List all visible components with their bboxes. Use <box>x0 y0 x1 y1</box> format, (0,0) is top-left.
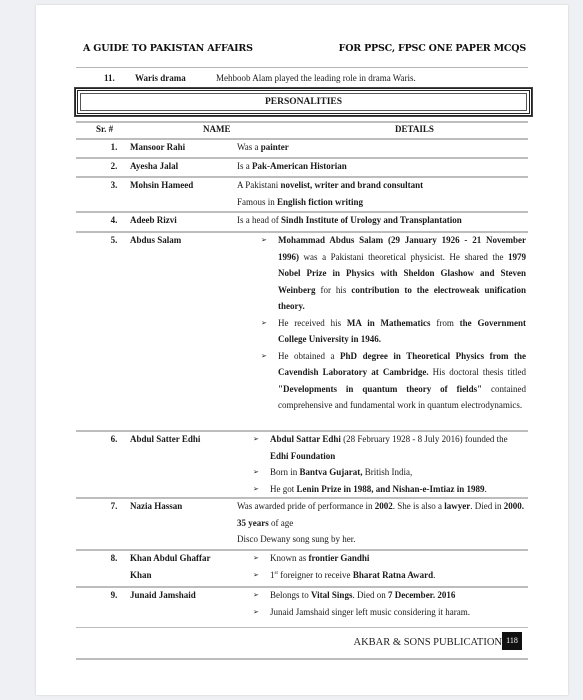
running-header-subtitle: FOR PPSC, FPSC ONE PAPER MCQS <box>339 43 526 54</box>
section-heading-box: PERSONALITIES <box>75 88 532 116</box>
publisher-name: AKBAR & SONS PUBLICATION <box>354 637 502 648</box>
row-number: 5. <box>104 232 124 249</box>
row-number: 9. <box>104 587 124 604</box>
row-number: 11. <box>104 73 115 83</box>
person-name: Ayesha Jalal <box>130 158 178 175</box>
person-name: Junaid Jamshaid <box>130 587 196 604</box>
person-name: Nazia Hassan <box>130 498 182 515</box>
person-details: A Pakistani novelist, writer and brand c… <box>237 177 527 210</box>
person-details: Was awarded pride of performance in 2002… <box>237 498 527 548</box>
header-divider <box>76 67 528 68</box>
bullet-item: Mohammad Abdus Salam (29 January 1926 - … <box>256 232 526 315</box>
row-details: Mehboob Alam played the leading role in … <box>216 73 416 83</box>
column-header-name: NAME <box>203 121 231 138</box>
document-page: A GUIDE TO PAKISTAN AFFAIRS FOR PPSC, FP… <box>36 5 568 695</box>
person-details: Was a painter <box>237 139 289 156</box>
person-details: Is a Pak-American Historian <box>237 158 347 175</box>
bullet-item: He received his MA in Mathematics from t… <box>256 315 526 348</box>
bullet-item: Junaid Jamshaid singer left music consid… <box>248 604 526 621</box>
bullet-item: 1st foreigner to receive Bharat Ratna Aw… <box>248 567 526 584</box>
bullet-item: Known as frontier Gandhi <box>248 550 526 567</box>
person-name: Khan Abdul Ghaffar Khan <box>130 550 230 583</box>
column-header-sr: Sr. # <box>96 121 113 138</box>
person-name: Adeeb Rizvi <box>130 212 177 229</box>
person-name: Mohsin Hameed <box>130 177 193 194</box>
person-name: Abdul Satter Edhi <box>130 431 200 448</box>
person-details: Known as frontier Gandhi1st foreigner to… <box>248 550 526 583</box>
person-details: Abdul Sattar Edhi (28 February 1928 - 8 … <box>248 431 526 497</box>
row-number: 4. <box>104 212 124 229</box>
running-header-title: A GUIDE TO PAKISTAN AFFAIRS <box>83 43 253 54</box>
bullet-item: Belongs to Vital Sings. Died on 7 Decemb… <box>248 587 526 604</box>
row-number: 3. <box>104 177 124 194</box>
person-name: Abdus Salam <box>130 232 181 249</box>
row-number: 7. <box>104 498 124 515</box>
person-details: Belongs to Vital Sings. Died on 7 Decemb… <box>248 587 526 620</box>
column-header-details: DETAILS <box>395 121 434 138</box>
bullet-item: Born in Bantva Gujarat, British India, <box>248 464 526 481</box>
bullet-item: Abdul Sattar Edhi (28 February 1928 - 8 … <box>248 431 526 464</box>
person-details: Mohammad Abdus Salam (29 January 1926 - … <box>256 232 526 414</box>
page-number-badge: 118 <box>502 632 522 650</box>
row-number: 2. <box>104 158 124 175</box>
row-number: 8. <box>104 550 124 567</box>
person-name: Mansoor Rahi <box>130 139 185 156</box>
row-number: 1. <box>104 139 124 156</box>
bullet-item: He obtained a PhD degree in Theoretical … <box>256 348 526 414</box>
bullet-item: He got Lenin Prize in 1988, and Nishan-e… <box>248 481 526 498</box>
row-name: Waris drama <box>135 73 186 83</box>
person-details: Is a head of Sindh Institute of Urology … <box>237 212 462 229</box>
footer-divider <box>76 627 528 628</box>
row-number: 6. <box>104 431 124 448</box>
section-title: PERSONALITIES <box>265 97 342 107</box>
